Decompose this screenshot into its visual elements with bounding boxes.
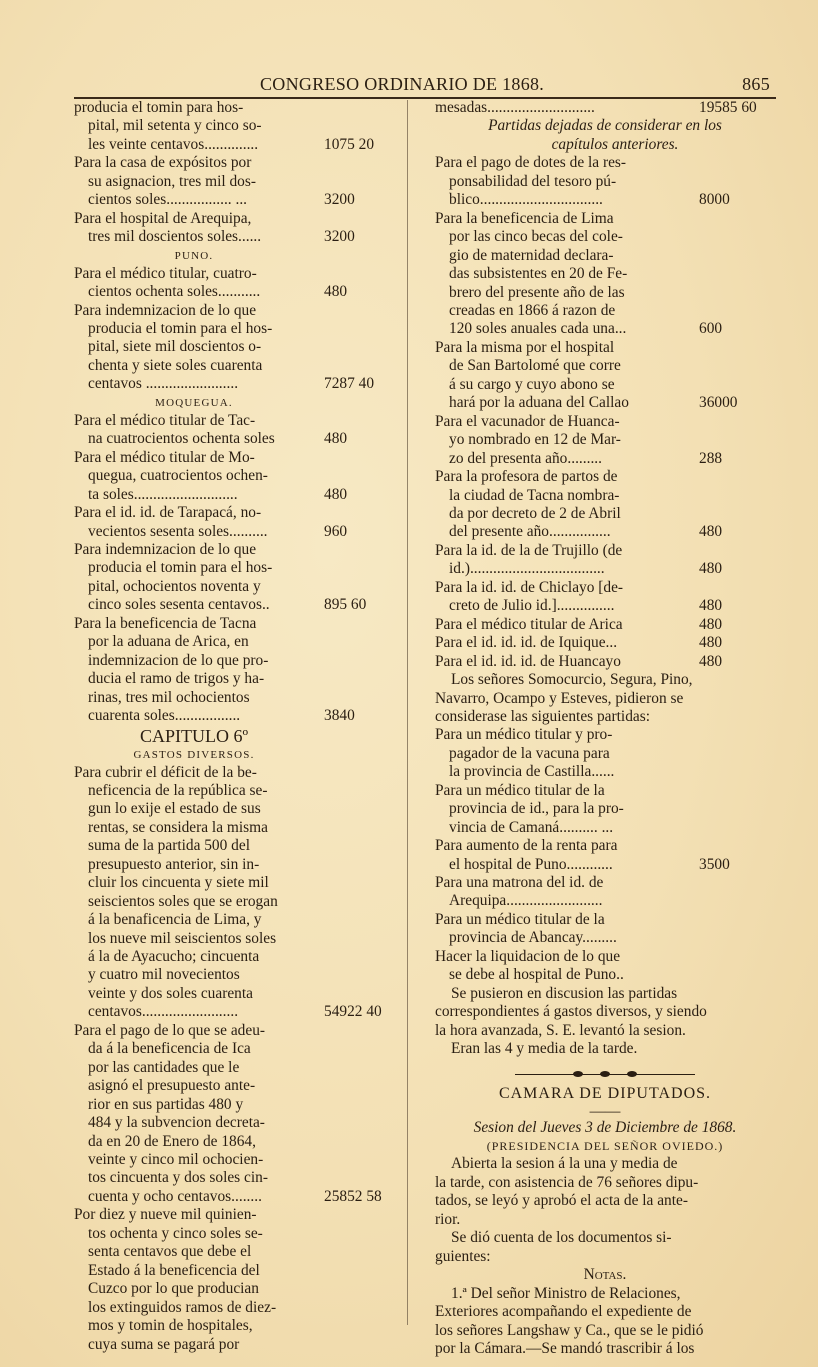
entry-amount: 480 [324,486,347,504]
budget-entry: Para un médico titular y pro-pagador de … [435,726,780,781]
running-header: CONGRESO ORDINARIO DE 1868. 865 [74,74,774,98]
budget-entry: Para el id. id. id. de Iquique...480 [435,634,780,652]
entry-line: provincia de id., para la pro- [435,800,688,818]
entry-text: Para el médico titular de Tac-na cuatroc… [74,412,307,449]
entry-line: pagador de la vacuna para [435,745,688,763]
budget-entry: Para el médico titular de Arica480 [435,616,780,634]
ornament-dot-icon [627,1071,637,1077]
budget-entry: mesadas............................19585… [435,99,780,117]
entry-line: se debe al hospital de Puno.. [435,966,688,984]
budget-entry: Para el id. id. de Tarapacá, no-veciento… [74,504,374,541]
entry-line: brero del presente año de las [435,284,688,302]
entry-amount: 3840 [324,707,355,725]
entry-text: Para un médico titular de laprovincia de… [435,911,688,948]
entry-text: Para el id. id. de Tarapacá, no-veciento… [74,504,307,541]
entry-text: producia el tomin para hos-pital, mil se… [74,99,307,154]
entry-line: mesadas............................ [435,99,688,117]
entry-line: hará por la aduana del Callao [435,394,688,412]
entry-amount: 895 60 [324,596,366,614]
entry-text: Para la id. de la de Trujillo (deid.)...… [435,542,688,579]
budget-entry: Para el pago de lo que se adeu-da á la b… [74,1022,374,1207]
chamber-dash: —— [435,1105,775,1119]
entry-line: tos cincuenta y dos soles cin- [74,1169,307,1187]
entry-line: vincia de Camaná.......... ... [435,819,688,837]
entry-line: por las cinco becas del cole- [435,228,688,246]
entry-text: Para la misma por el hospitalde San Bart… [435,339,688,413]
entry-amount: 480 [324,430,347,448]
budget-entry: Para el pago de dotes de la res-ponsabil… [435,154,780,209]
entry-line: zo del presenta año......... [435,450,688,468]
entry-line: vecientos sesenta soles.......... [74,523,307,541]
entry-line: na cuatrocientos ochenta soles [74,430,307,448]
entry-line: chenta y siete soles cuarenta [74,357,307,375]
budget-entry: Para el médico titular de Tac-na cuatroc… [74,412,374,449]
paragraph-line: rior. [435,1211,775,1229]
entry-line: Para el vacunador de Huanca- [435,413,688,431]
entry-line: Para una matrona del id. de [435,874,688,892]
entry-text: Para la profesora de partos dela ciudad … [435,468,688,542]
paragraph-line: Se dió cuenta de los documentos si- [435,1229,775,1247]
italic-heading-line: Partidas dejadas de considerar en los [435,117,775,135]
entry-amount: 288 [699,450,722,468]
opening-paragraph: Abierta la sesion á la una y media dela … [435,1155,775,1229]
note-1: 1.ª Del señor Ministro de Relaciones,Ext… [435,1285,775,1359]
budget-entry: Para el médico titular de Mo-quegua, cua… [74,449,374,504]
document-page: CONGRESO ORDINARIO DE 1868. 865 producia… [0,0,818,1367]
chapter-heading: CAPITULO 6º [74,726,314,746]
column-divider [407,100,408,1325]
paragraph-line: Los señores Somocurcio, Segura, Pino, [435,671,775,689]
page-number: 865 [742,74,770,95]
entry-line: del presente año................ [435,523,688,541]
ornament-dot-icon [600,1071,610,1077]
budget-entry: Para aumento de la renta parael hospital… [435,837,780,874]
entry-line: senta centavos que debe el [74,1243,307,1261]
entry-line: Arequipa......................... [435,892,688,910]
entry-line: Para el pago de dotes de la res- [435,154,688,172]
entry-line: producia el tomin para el hos- [74,320,307,338]
entry-line: á la benaficencia de Lima, y [74,911,307,929]
entry-line: Para un médico titular de la [435,911,688,929]
paragraph-line: la hora avanzada, S. E. levantó la sesio… [435,1022,775,1040]
budget-entry: Hacer la liquidacion de lo quese debe al… [435,948,780,985]
entry-amount: 7287 40 [324,375,374,393]
entry-line: Para la id. id. de Chiclayo [de- [435,579,688,597]
budget-entry: Para la id. de la de Trujillo (deid.)...… [435,542,780,579]
entry-text: Para un médico titular de laprovincia de… [435,782,688,837]
entry-line: Por diez y nueve mil quinien- [74,1206,307,1224]
entry-line: veinte y dos soles cuarenta [74,985,307,1003]
entry-line: producia el tomin para el hos- [74,559,307,577]
paragraph-line: Abierta la sesion á la una y media de [435,1155,775,1173]
entry-line: rentas, se considera la misma [74,819,307,837]
budget-entry: Para el médico titular, cuatro-cientos o… [74,265,374,302]
budget-entry: Para la profesora de partos dela ciudad … [435,468,780,542]
paragraph-line: 1.ª Del señor Ministro de Relaciones, [435,1285,775,1303]
entry-line: Para la id. de la de Trujillo (de [435,542,688,560]
paragraph-line: la tarde, con asistencia de 76 señores d… [435,1174,775,1192]
entry-line: Para el id. id. id. de Iquique... [435,634,688,652]
right-column: mesadas............................19585… [435,99,780,1358]
left-column: producia el tomin para hos-pital, mil se… [74,99,374,1354]
budget-entry: Para un médico titular de laprovincia de… [435,911,780,948]
session-line: Sesion del Jueves 3 de Diciembre de 1868… [435,1119,775,1137]
entry-line: Cuzco por lo que producian [74,1280,307,1298]
entry-line: Para la beneficencia de Tacna [74,615,307,633]
entry-line: cluir los cincuenta y siete mil [74,874,307,892]
entry-line: y cuatro mil novecientos [74,966,307,984]
budget-entry: Para la casa de expósitos porsu asignaci… [74,154,374,209]
budget-entry: Para la beneficencia de Limapor las cinc… [435,210,780,339]
entry-text: Para el pago de dotes de la res-ponsabil… [435,154,688,209]
entry-amount: 960 [324,523,347,541]
entry-line: los extinguidos ramos de diez- [74,1299,307,1317]
entry-text: Para el médico titular de Mo-quegua, cua… [74,449,307,504]
entry-line: ducia el ramo de trigos y ha- [74,670,307,688]
entry-line: de San Bartolomé que corre [435,357,688,375]
entry-line: á la de Ayacucho; cincuenta [74,948,307,966]
entry-line: da por decreto de 2 de Abril [435,505,688,523]
paragraph-line: tados, se leyó y aprobó el acta de la an… [435,1192,775,1210]
entry-line: blico................................ [435,191,688,209]
entry-text: Para indemnizacion de lo queproducia el … [74,302,307,394]
paragraph-line: Navarro, Ocampo y Esteves, pidieron se [435,690,775,708]
entry-line: yo nombrado en 12 de Mar- [435,431,688,449]
entry-text: mesadas............................ [435,99,688,117]
entry-line: Para el pago de lo que se adeu- [74,1022,307,1040]
entry-line: Para un médico titular de la [435,782,688,800]
entry-line: la ciudad de Tacna nombra- [435,487,688,505]
paragraph-line: por la Cámara.—Se mandó trascribir á los [435,1340,775,1358]
entry-line: Para la misma por el hospital [435,339,688,357]
entry-line: gio de maternidad declara- [435,247,688,265]
entry-line: Para indemnizacion de lo que [74,302,307,320]
entry-text: Para el pago de lo que se adeu-da á la b… [74,1022,307,1207]
budget-entry: Para un médico titular de laprovincia de… [435,782,780,837]
entry-text: Para la casa de expósitos porsu asignaci… [74,154,307,209]
entry-text: Para una matrona del id. deArequipa.....… [435,874,688,911]
ornament-divider [435,1065,775,1083]
entry-amount: 3500 [699,856,730,874]
paragraph-line: correspondientes á gastos diversos, y si… [435,1003,775,1021]
entry-line: 484 y la subvencion decreta- [74,1114,307,1132]
closing-time: Eran las 4 y media de la tarde. [435,1040,791,1058]
presidency-line: (PRESIDENCIA DEL SEÑOR OVIEDO.) [435,1137,775,1155]
entry-line: creto de Julio id.]............... [435,597,688,615]
entry-line: ponsabilidad del tesoro pú- [435,173,688,191]
budget-entry: Para indemnizacion de lo queproducia el … [74,302,374,394]
entry-amount: 8000 [699,191,730,209]
paragraph-line: guientes: [435,1248,775,1266]
entry-amount: 600 [699,320,722,338]
budget-entry: Para la beneficencia de Tacnapor la adua… [74,615,374,726]
entry-line: cientos soles................. ... [74,191,307,209]
chapter-subheading: GASTOS DIVERSOS. [74,746,314,764]
entry-line: mos y tomin de hospitales, [74,1317,307,1335]
entry-amount: 480 [699,653,722,671]
entry-line: creadas en 1866 á razon de [435,302,688,320]
entry-line: á su cargo y cuyo abono se [435,376,688,394]
entry-line: pital, siete mil doscientos o- [74,338,307,356]
request-paragraph: Los señores Somocurcio, Segura, Pino,Nav… [435,671,775,726]
entry-text: Para aumento de la renta parael hospital… [435,837,688,874]
entry-text: Para la beneficencia de Tacnapor la adua… [74,615,307,726]
entry-line: veinte y cinco mil ochocien- [74,1151,307,1169]
notes-heading: Notas. [435,1266,775,1284]
paragraph-line: Se pusieron en discusion las partidas [435,985,775,1003]
entry-text: Para el hospital de Arequipa,tres mil do… [74,210,307,247]
entry-line: seiscientos soles que se erogan [74,893,307,911]
entry-line: Para cubrir el déficit de la be- [74,764,307,782]
entry-amount: 480 [699,523,722,541]
entry-amount: 1075 20 [324,136,374,154]
entry-amount: 54922 40 [324,1003,382,1021]
entry-line: provincia de Abancay......... [435,929,688,947]
entry-line: Para la beneficencia de Lima [435,210,688,228]
entry-line: el hospital de Puno............ [435,856,688,874]
entry-text: Para el id. id. id. de Iquique... [435,634,688,652]
paragraph-line: los señores Langshaw y Ca., que se le pi… [435,1322,775,1340]
italic-heading-line: capítulos anteriores. [435,136,775,154]
documents-paragraph: Se dió cuenta de los documentos si-guien… [435,1229,775,1266]
entry-line: Para indemnizacion de lo que [74,541,307,559]
paragraph-line: considerase las siguientes partidas: [435,708,775,726]
entry-line: da á la beneficencia de Ica [74,1040,307,1058]
page-title: CONGRESO ORDINARIO DE 1868. [260,74,544,95]
ornament-dot-icon [573,1071,583,1077]
entry-line: producia el tomin para hos- [74,99,307,117]
budget-entry: producia el tomin para hos-pital, mil se… [74,99,374,154]
entry-amount: 19585 60 [699,99,757,117]
entry-line: 120 soles anuales cada una... [435,320,688,338]
entry-line: gun lo exije el estado de sus [74,800,307,818]
entry-text: Para el médico titular de Arica [435,616,688,634]
entry-line: presupuesto anterior, sin in- [74,856,307,874]
entry-line: Para el médico titular de Arica [435,616,688,634]
entry-line: Para el médico titular de Tac- [74,412,307,430]
budget-entry: Para el vacunador de Huanca-yo nombrado … [435,413,780,468]
entry-line: cuarenta soles................. [74,707,307,725]
entry-line: Para un médico titular y pro- [435,726,688,744]
entry-line: id.)................................... [435,560,688,578]
entry-text: Hacer la liquidacion de lo quese debe al… [435,948,688,985]
entry-line: rior en sus partidas 480 y [74,1096,307,1114]
entry-line: suma de la partida 500 del [74,837,307,855]
entry-text: Por diez y nueve mil quinien-tos ochenta… [74,1206,307,1354]
entry-line: pital, ochocientos noventa y [74,578,307,596]
entry-line: cuya suma se pagará por [74,1336,307,1354]
budget-entry: Para cubrir el déficit de la be-neficenc… [74,764,374,1022]
entry-line: la provincia de Castilla...... [435,763,688,781]
entry-line: Estado á la beneficencia del [74,1262,307,1280]
budget-entry: Para indemnizacion de lo queproducia el … [74,541,374,615]
entry-text: Para el id. id. id. de Huancayo [435,653,688,671]
entry-line: centavos ........................ [74,375,307,393]
entry-text: Para el médico titular, cuatro-cientos o… [74,265,307,302]
entry-amount: 3200 [324,228,355,246]
entry-line: Para el hospital de Arequipa, [74,210,307,228]
entry-amount: 480 [324,283,347,301]
entry-line: tres mil doscientos soles...... [74,228,307,246]
entry-amount: 25852 58 [324,1188,382,1206]
entry-line: su asignacion, tres mil dos- [74,173,307,191]
entry-text: Para indemnizacion de lo queproducia el … [74,541,307,615]
entry-line: Para la casa de expósitos por [74,154,307,172]
entry-line: Para el médico titular de Mo- [74,449,307,467]
entry-line: cinco soles sesenta centavos.. [74,596,307,614]
closing-paragraph: Se pusieron en discusion las partidascor… [435,985,775,1040]
entry-line: por las cantidades que le [74,1059,307,1077]
entry-line: asignó el presupuesto ante- [74,1077,307,1095]
entry-text: Para un médico titular y pro-pagador de … [435,726,688,781]
entry-amount: 36000 [699,394,737,412]
entry-line: pital, mil setenta y cinco so- [74,117,307,135]
entry-amount: 480 [699,616,722,634]
entry-amount: 3200 [324,191,355,209]
budget-entry: Por diez y nueve mil quinien-tos ochenta… [74,1206,374,1354]
italic-section-heading: Partidas dejadas de considerar en loscap… [435,117,775,154]
entry-line: ta soles........................... [74,486,307,504]
budget-entry: Para la id. id. de Chiclayo [de-creto de… [435,579,780,616]
section-heading-moquegua: MOQUEGUA. [74,394,314,412]
entry-line: Hacer la liquidacion de lo que [435,948,688,966]
entry-line: rinas, tres mil ochocientos [74,689,307,707]
entry-line: das subsistentes en 20 de Fe- [435,265,688,283]
entry-text: Para la id. id. de Chiclayo [de-creto de… [435,579,688,616]
entry-text: Para cubrir el déficit de la be-neficenc… [74,764,307,1022]
section-heading-puno: PUNO. [74,247,314,265]
chamber-title: CAMARA DE DIPUTADOS. [435,1083,775,1105]
entry-text: Para el vacunador de Huanca-yo nombrado … [435,413,688,468]
entry-line: Para el médico titular, cuatro- [74,265,307,283]
budget-entry: Para el id. id. id. de Huancayo480 [435,653,780,671]
budget-entry: Para una matrona del id. deArequipa.....… [435,874,780,911]
entry-line: Para la profesora de partos de [435,468,688,486]
entry-line: centavos......................... [74,1003,307,1021]
budget-entry: Para el hospital de Arequipa,tres mil do… [74,210,374,247]
budget-entry: Para la misma por el hospitalde San Bart… [435,339,780,413]
entry-line: neficencia de la república se- [74,782,307,800]
entry-line: cuenta y ocho centavos........ [74,1188,307,1206]
entry-text: Para la beneficencia de Limapor las cinc… [435,210,688,339]
paragraph-line: Exteriores acompañando el expediente de [435,1303,775,1321]
entry-line: les veinte centavos.............. [74,136,307,154]
entry-amount: 480 [699,560,722,578]
entry-line: da en 20 de Enero de 1864, [74,1133,307,1151]
entry-line: los nueve mil seiscientos soles [74,930,307,948]
entry-line: indemnizacion de lo que pro- [74,652,307,670]
entry-line: Para aumento de la renta para [435,837,688,855]
entry-line: Para el id. id. id. de Huancayo [435,653,688,671]
entry-line: cientos ochenta soles........... [74,283,307,301]
entry-line: tos ochenta y cinco soles se- [74,1225,307,1243]
entry-amount: 480 [699,634,722,652]
entry-line: quegua, cuatrocientos ochen- [74,467,307,485]
entry-line: Para el id. id. de Tarapacá, no- [74,504,307,522]
entry-line: por la aduana de Arica, en [74,633,307,651]
entry-amount: 480 [699,597,722,615]
